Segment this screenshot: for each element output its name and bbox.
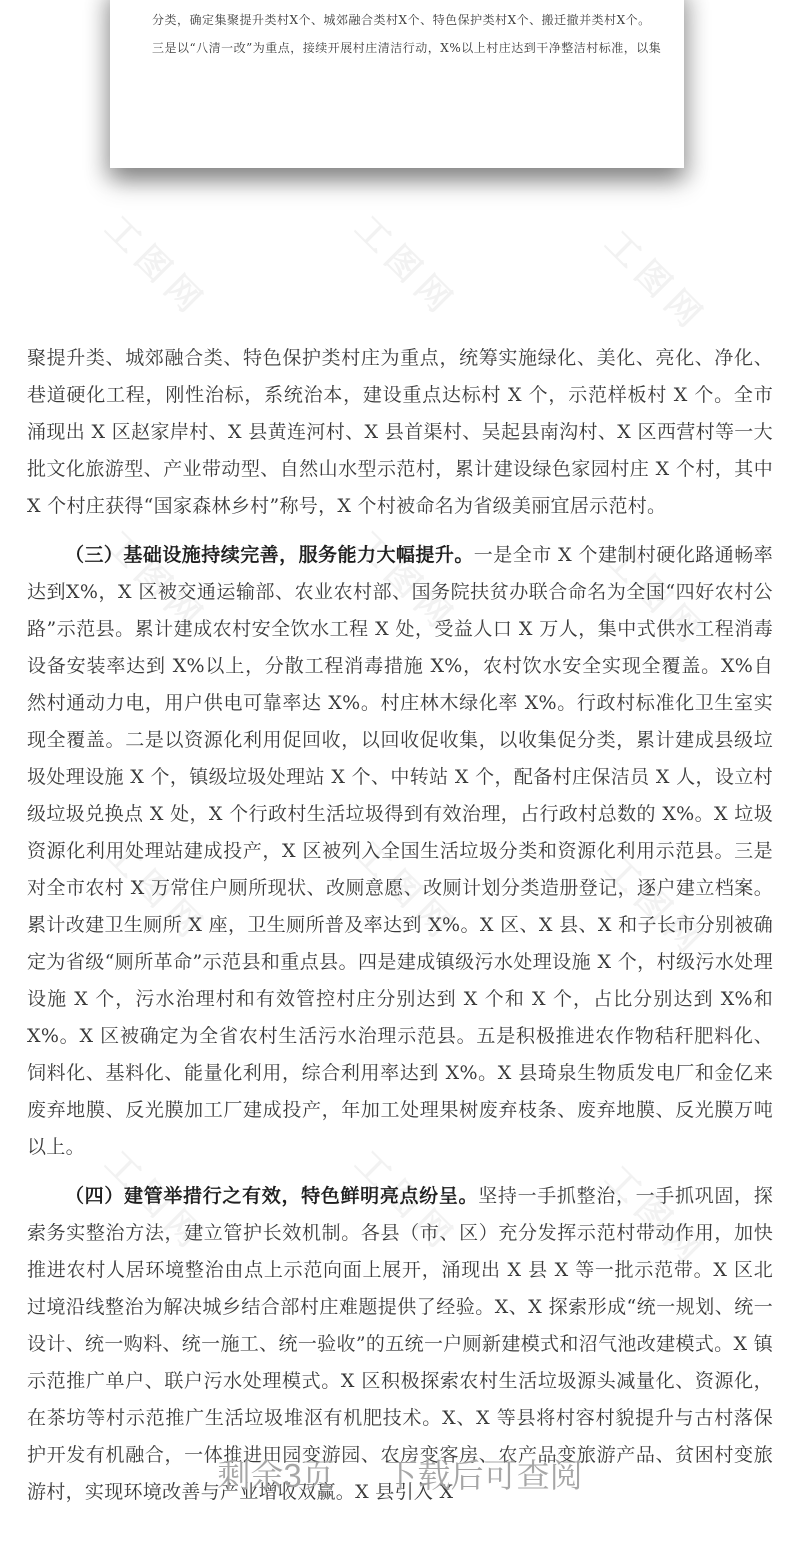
page-2-content: 聚提升类、城郊融合类、特色保护类村庄为重点，统筹实施绿化、美化、亮化、净化、巷道… (27, 340, 773, 1523)
watermark-text: 工图网 (96, 203, 220, 327)
page-1-fragment-card: 分类，确定集聚提升类村X个、城郊融合类村X个、特色保护类村X个、搬迁撤并类村X个… (110, 0, 684, 168)
section-4-heading: （四）建管举措行之有效，特色鲜明亮点纷呈。 (65, 1185, 478, 1207)
paragraph-section-3: （三）基础设施持续完善，服务能力大幅提升。一是全市 X 个建制村硬化路通畅率达到… (27, 537, 773, 1166)
page-1-fragment-line-1: 分类，确定集聚提升类村X个、城郊融合类村X个、特色保护类村X个、搬迁撤并类村X个… (152, 6, 644, 34)
paragraph-text: 一是全市 X 个建制村硬化路通畅率达到X%，X 区被交通运输部、农业农村部、国务… (27, 544, 773, 1158)
paragraph-continuation: 聚提升类、城郊融合类、特色保护类村庄为重点，统筹实施绿化、美化、亮化、净化、巷道… (27, 340, 773, 525)
remaining-pages-hint: 剩余3页下载后可查阅 (0, 1450, 800, 1497)
page-1-fragment-line-2: 三是以“八清一改”为重点，接续开展村庄清洁行动，X%以上村庄达到干净整洁村标准，… (152, 34, 644, 62)
remaining-pages-count: 剩余3页 (217, 1457, 334, 1494)
watermark-text: 工图网 (596, 218, 720, 342)
download-to-view-hint: 下载后可查阅 (385, 1457, 583, 1494)
paragraph-text: 聚提升类、城郊融合类、特色保护类村庄为重点，统筹实施绿化、美化、亮化、净化、巷道… (27, 347, 773, 517)
document-preview-root: 工图网 工图网 工图网 工图网 工图网 工图网 工图网 工图网 工图网 工图网 … (0, 0, 800, 1550)
watermark-text: 工图网 (346, 203, 470, 327)
section-3-heading: （三）基础设施持续完善，服务能力大幅提升。 (65, 544, 474, 566)
